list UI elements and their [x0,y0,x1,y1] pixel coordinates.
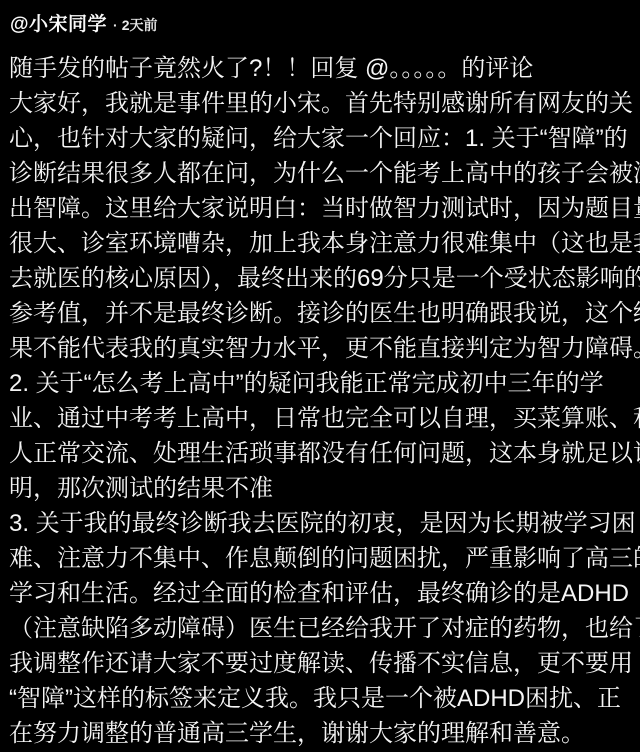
post-text-line: 出智障。这里给大家说明白：当时做智力测试时，因为题目量 [9,191,640,226]
post-text-line: 3. 关于我的最终诊断我去医院的初衷，是因为长期被学习困 [9,506,640,541]
post-screen: @小宋同学 · 2天前 随手发的帖子竟然火了?！！回复 @。。。。。的评论 大家… [0,0,640,752]
post-body-text: 随手发的帖子竟然火了?！！回复 @。。。。。的评论 大家好，我就是事件里的小宋。… [9,51,640,751]
post-text-line: 难、注意力不集中、作息颠倒的问题困扰，严重影响了高三的 [9,541,640,576]
post-text-line: 人正常交流、处理生活琐事都没有任何问题，这本身就足以说 [9,436,640,471]
post-text-line: 果不能代表我的真实智力水平，更不能直接判定为智力障碍。 [9,331,640,366]
post-text-line: 2. 关于“怎么考上高中”的疑问我能正常完成初中三年的学 [9,366,640,401]
post-text-line: 大家好，我就是事件里的小宋。首先特别感谢所有网友的关 [9,86,640,121]
post-text-line: （注意缺陷多动障碍）医生已经给我开了对症的药物，也给了 [9,611,640,646]
post-timestamp: 2天前 [122,15,158,35]
post-header: @小宋同学 · 2天前 [10,9,158,36]
post-text-line: 学习和生活。经过全面的检查和评估，最终确诊的是ADHD [9,576,640,611]
post-text-line: 随手发的帖子竟然火了?！！回复 @。。。。。的评论 [9,51,640,86]
post-text-line: 去就医的核心原因），最终出来的69分只是一个受状态影响的 [9,261,640,296]
post-text-line: 心，也针对大家的疑问，给大家一个回应：1. 关于“智障”的 [9,121,640,156]
header-dot-separator: · [113,17,118,33]
post-text-line: 很大、诊室环境嘈杂，加上我本身注意力很难集中（这也是我 [9,226,640,261]
post-text-line: “智障”这样的标签来定义我。我只是一个被ADHD困扰、正 [9,681,640,716]
post-text-line: 业、通过中考考上高中，日常也完全可以自理，买菜算账、和 [9,401,640,436]
post-text-line: 参考值，并不是最终诊断。接诊的医生也明确跟我说，这个结 [9,296,640,331]
post-text-line: 诊断结果很多人都在问，为什么一个能考上高中的孩子会被测 [9,156,640,191]
post-text-line: 在努力调整的普通高三学生，谢谢大家的理解和善意。 [9,716,640,751]
post-text-line: 明，那次测试的结果不准 [9,471,640,506]
author-handle[interactable]: @小宋同学 [10,9,107,36]
post-text-line: 我调整作还请大家不要过度解读、传播不实信息，更不要用 [9,646,640,681]
